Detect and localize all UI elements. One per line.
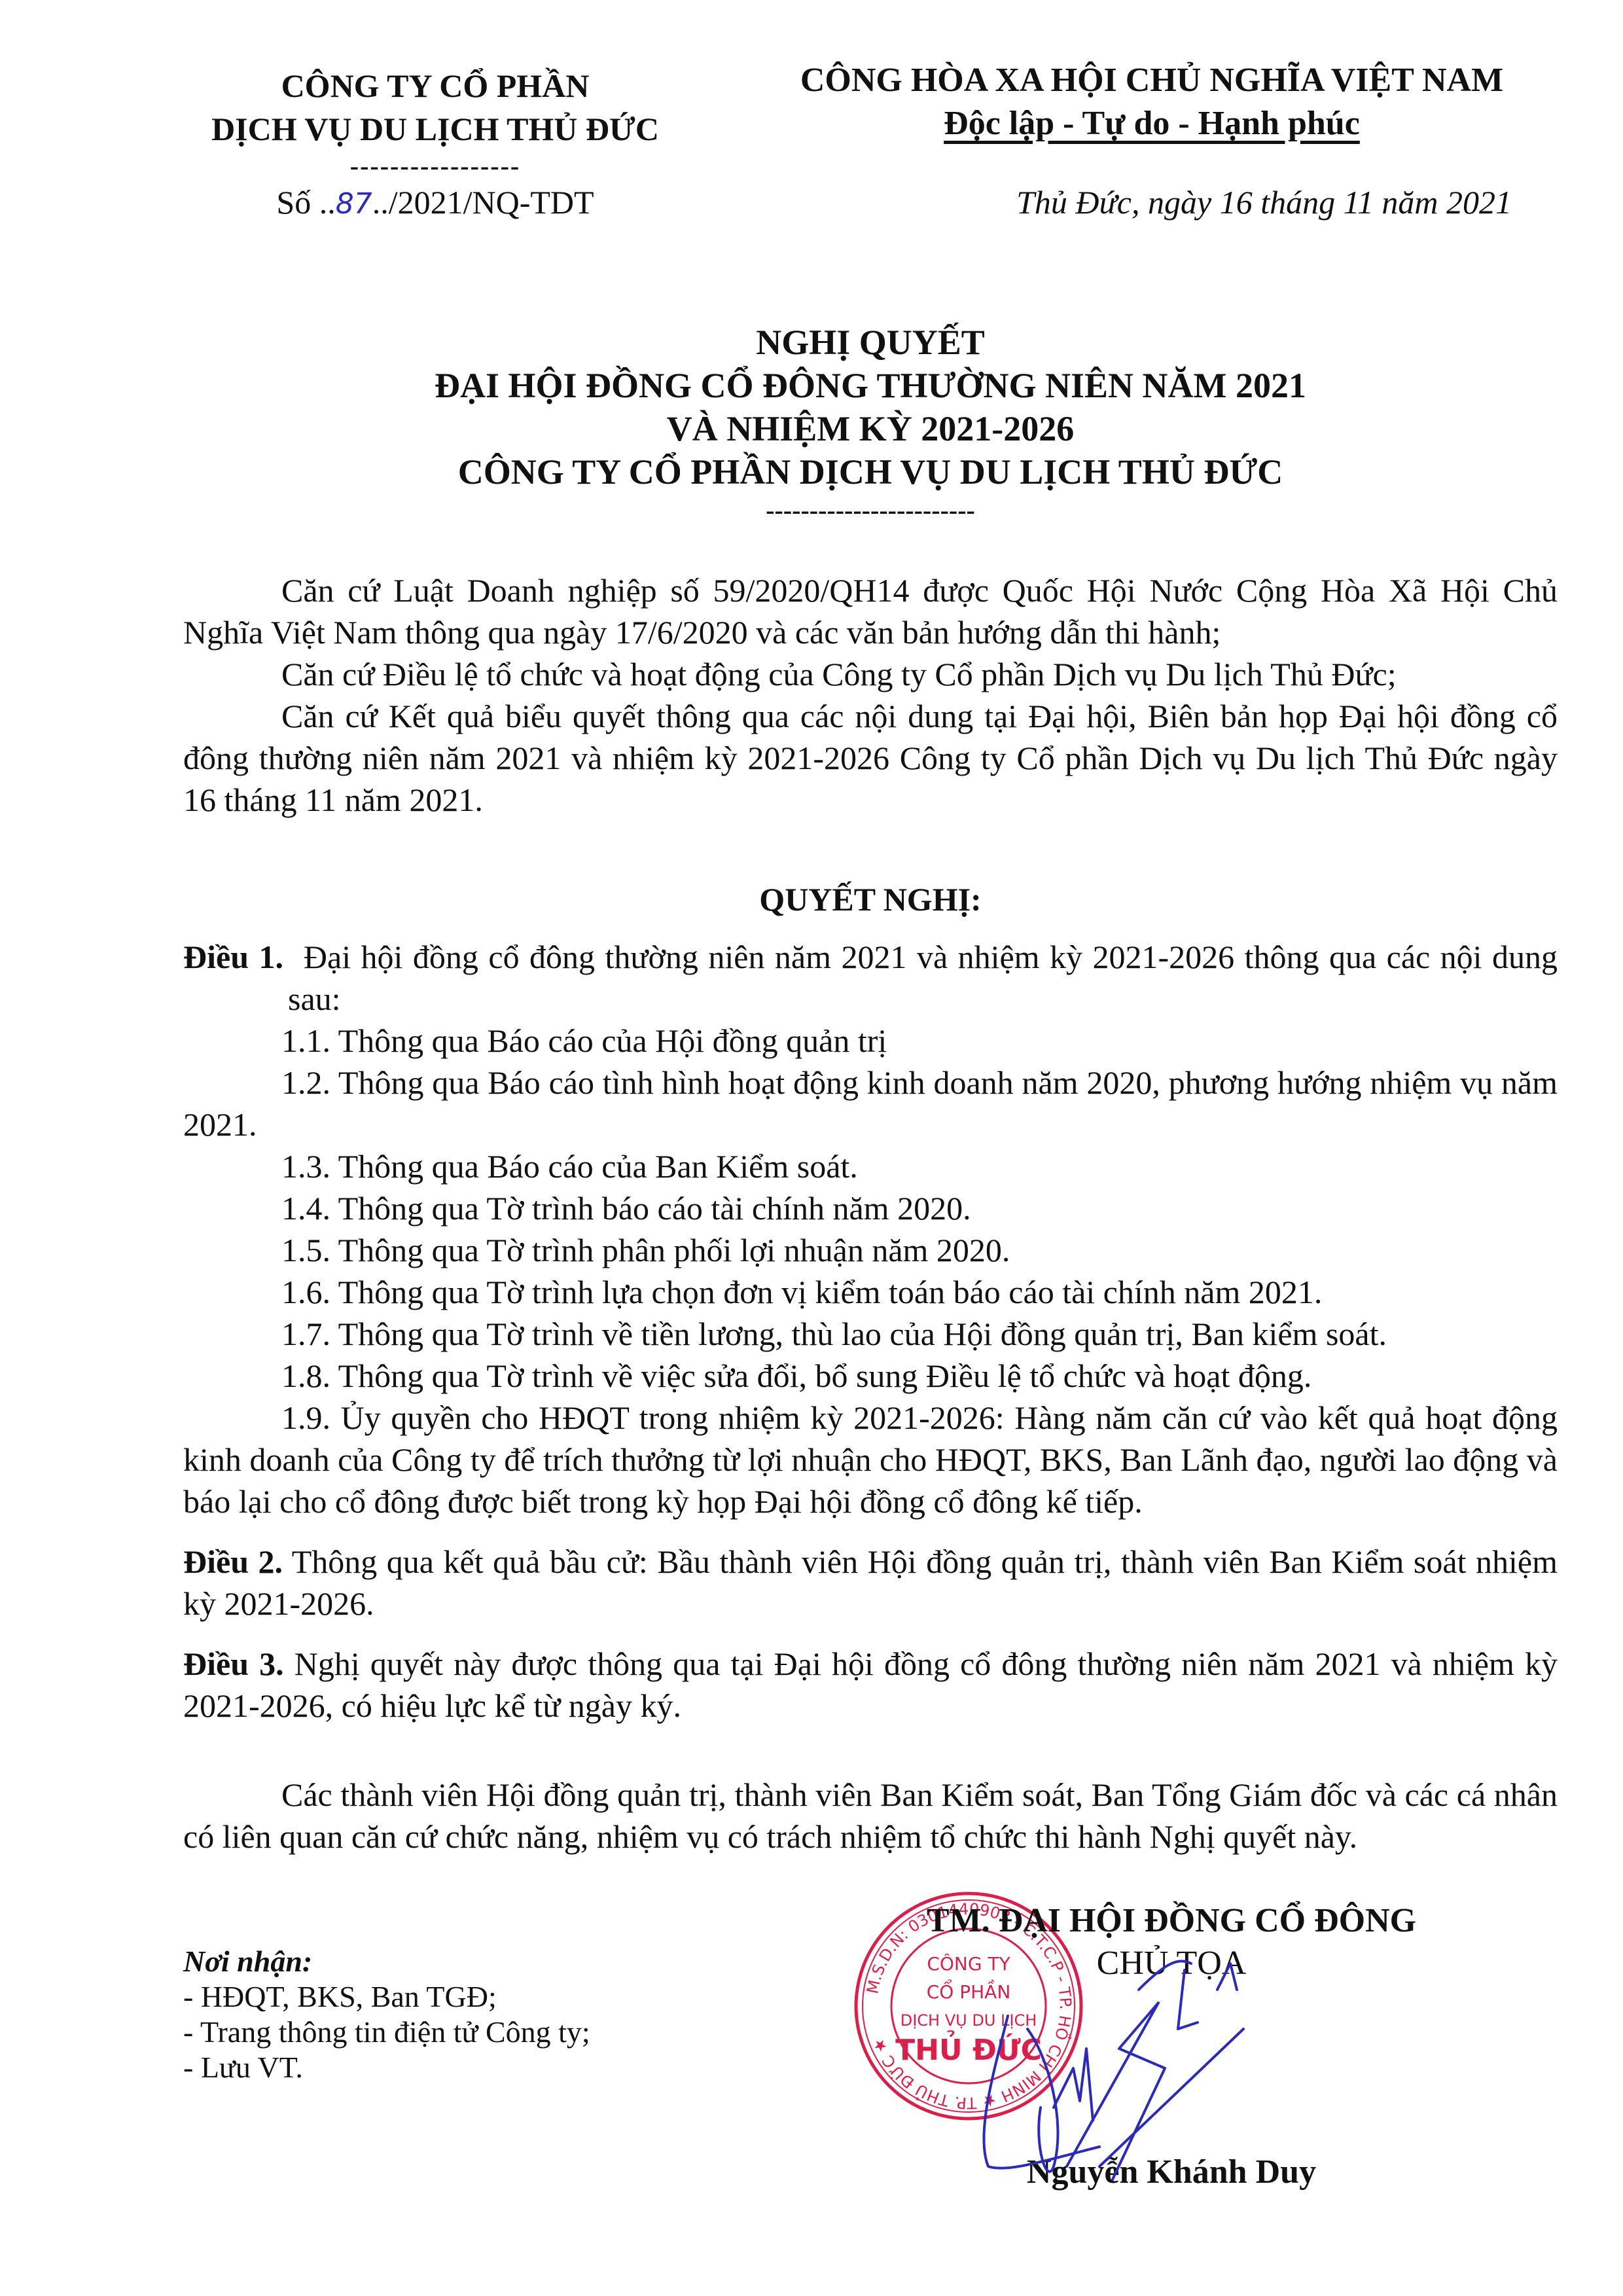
national-header: CÔNG HÒA XA HỘI CHỦ NGHĨA VIỆT NAM Độc l…	[746, 59, 1558, 145]
basis-paragraph: Căn cứ Kết quả biểu quyết thông qua các …	[183, 695, 1558, 821]
closing-paragraph: Các thành viên Hội đồng quản trị, thành …	[183, 1774, 1558, 1857]
legal-basis: Căn cứ Luật Doanh nghiệp số 59/2020/QH14…	[183, 569, 1558, 821]
article-text: Thông qua kết quả bầu cử: Bầu thành viên…	[183, 1543, 1558, 1622]
company-name-line1: CÔNG TY CỔ PHẦN	[177, 64, 694, 107]
article-3: Điều 3. Nghị quyết này được thông qua tạ…	[183, 1643, 1558, 1727]
document-number: Số ..87../2021/NQ-TDT	[177, 183, 694, 221]
article-item: 1.8. Thông qua Tờ trình về việc sửa đổi,…	[183, 1355, 1558, 1397]
document-number-suffix: ../2021/NQ-TDT	[372, 184, 594, 221]
article-item: 1.7. Thông qua Tờ trình về tiền lương, t…	[183, 1313, 1558, 1355]
document-title: NGHỊ QUYẾT ĐẠI HỘI ĐỒNG CỔ ĐÔNG THƯỜNG N…	[177, 321, 1564, 524]
signatory-organization: TM. ĐẠI HỘI ĐỒNG CỔ ĐÔNG	[844, 1901, 1499, 1940]
article-2-body: Điều 2. Thông qua kết quả bầu cử: Bầu th…	[183, 1541, 1558, 1624]
article-label: Điều 1.	[183, 939, 283, 975]
article-item: 1.5. Thông qua Tờ trình phân phối lợi nh…	[183, 1229, 1558, 1271]
article-item: 1.9. Ủy quyền cho HĐQT trong nhiệm kỳ 20…	[183, 1397, 1558, 1522]
basis-paragraph: Căn cứ Luật Doanh nghiệp số 59/2020/QH14…	[183, 569, 1558, 653]
title-line-1: NGHỊ QUYẾT	[177, 321, 1564, 364]
article-label: Điều 3.	[183, 1645, 284, 1682]
article-item: 1.6. Thông qua Tờ trình lựa chọn đơn vị …	[183, 1271, 1558, 1313]
article-item: 1.1. Thông qua Báo cáo của Hội đồng quản…	[183, 1020, 1558, 1062]
country-name: CÔNG HÒA XA HỘI CHỦ NGHĨA VIỆT NAM	[746, 59, 1558, 102]
document-number-handwritten: 87	[336, 187, 372, 221]
signature-scribble-icon	[969, 1950, 1309, 2199]
place-date: Thủ Đức, ngày 16 tháng 11 năm 2021	[746, 183, 1558, 221]
recipients: Nơi nhận: - HĐQT, BKS, Ban TGĐ; - Trang …	[183, 1944, 838, 2085]
article-3-body: Điều 3. Nghị quyết này được thông qua tạ…	[183, 1643, 1558, 1727]
article-item: 1.2. Thông qua Báo cáo tình hình hoạt độ…	[183, 1062, 1558, 1145]
national-motto: Độc lập - Tự do - Hạnh phúc	[746, 102, 1558, 145]
company-name-line2: DỊCH VỤ DU LỊCH THỦ ĐỨC	[177, 107, 694, 151]
document-number-prefix: Số ..	[276, 184, 335, 221]
article-item: 1.4. Thông qua Tờ trình báo cáo tài chín…	[183, 1187, 1558, 1229]
title-line-2: ĐẠI HỘI ĐỒNG CỔ ĐÔNG THƯỜNG NIÊN NĂM 202…	[177, 364, 1564, 407]
title-line-4: CÔNG TY CỔ PHẦN DỊCH VỤ DU LỊCH THỦ ĐỨC	[177, 450, 1564, 493]
title-line-3: VÀ NHIỆM KỲ 2021-2026	[177, 407, 1564, 450]
articles: Điều 1. Đại hội đồng cổ đông thường niên…	[183, 936, 1558, 1745]
article-label: Điều 2.	[183, 1543, 283, 1580]
recipient-item: - Trang thông tin điện tử Công ty;	[183, 2015, 838, 2050]
article-2: Điều 2. Thông qua kết quả bầu cử: Bầu th…	[183, 1541, 1558, 1624]
recipient-item: - HĐQT, BKS, Ban TGĐ;	[183, 1979, 838, 2015]
handwritten-signature	[969, 1950, 1309, 2199]
basis-paragraph: Căn cứ Điều lệ tổ chức và hoạt động của …	[183, 653, 1558, 695]
resolve-heading: QUYẾT NGHỊ:	[177, 880, 1564, 918]
article-1-intro: Điều 1. Đại hội đồng cổ đông thường niên…	[183, 936, 1558, 1020]
company-separator: -----------------	[177, 153, 694, 179]
recipients-heading: Nơi nhận:	[183, 1944, 838, 1979]
article-text: Nghị quyết này được thông qua tại Đại hộ…	[183, 1645, 1558, 1724]
recipient-item: - Lưu VT.	[183, 2050, 838, 2085]
article-item: 1.3. Thông qua Báo cáo của Ban Kiểm soát…	[183, 1145, 1558, 1187]
article-text: Đại hội đồng cổ đông thường niên năm 202…	[288, 939, 1558, 1017]
company-header: CÔNG TY CỔ PHẦN DỊCH VỤ DU LỊCH THỦ ĐỨC …	[177, 64, 694, 179]
article-1: Điều 1. Đại hội đồng cổ đông thường niên…	[183, 936, 1558, 1522]
title-separator: ------------------------	[177, 497, 1564, 524]
